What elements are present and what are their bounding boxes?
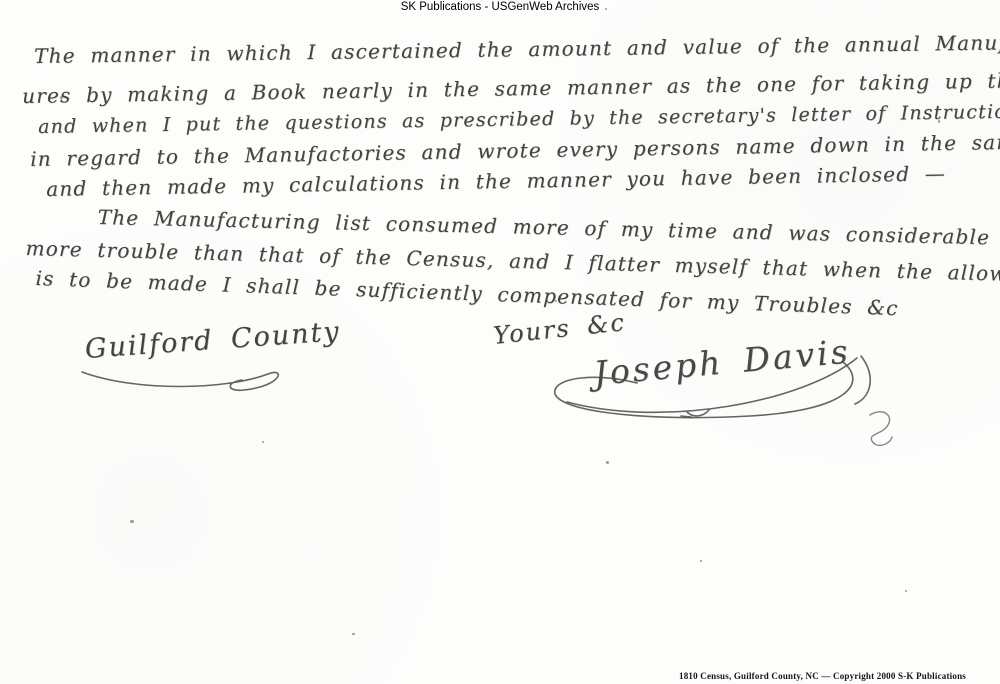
copyright-footer: 1810 Census, Guilford County, NC — Copyr…: [679, 671, 966, 681]
closing-salutation: Yours &c: [492, 308, 627, 350]
scan-speck: [938, 120, 940, 123]
scan-speck: [606, 461, 609, 464]
scan-speck: [60, 96, 63, 99]
scan-speck: [905, 590, 907, 592]
scan-speck: [555, 300, 557, 302]
scan-speck: [262, 441, 264, 443]
scan-speck: [700, 560, 702, 562]
scan-speck: [130, 520, 134, 523]
page-title: SK Publications - USGenWeb Archives: [0, 1, 1000, 13]
signature: Joseph Davis: [592, 332, 852, 393]
scanned-letter-page: SK Publications - USGenWeb Archives The …: [0, 0, 1000, 684]
scan-speck: [605, 8, 607, 10]
scan-speck: [352, 633, 355, 635]
stray-ink-mark: [862, 405, 898, 449]
closing-place: Guilford County: [84, 316, 342, 365]
handwritten-line: ures by making a Book nearly in the same…: [22, 67, 1000, 108]
handwritten-line: The manner in which I ascertained the am…: [34, 30, 1000, 68]
